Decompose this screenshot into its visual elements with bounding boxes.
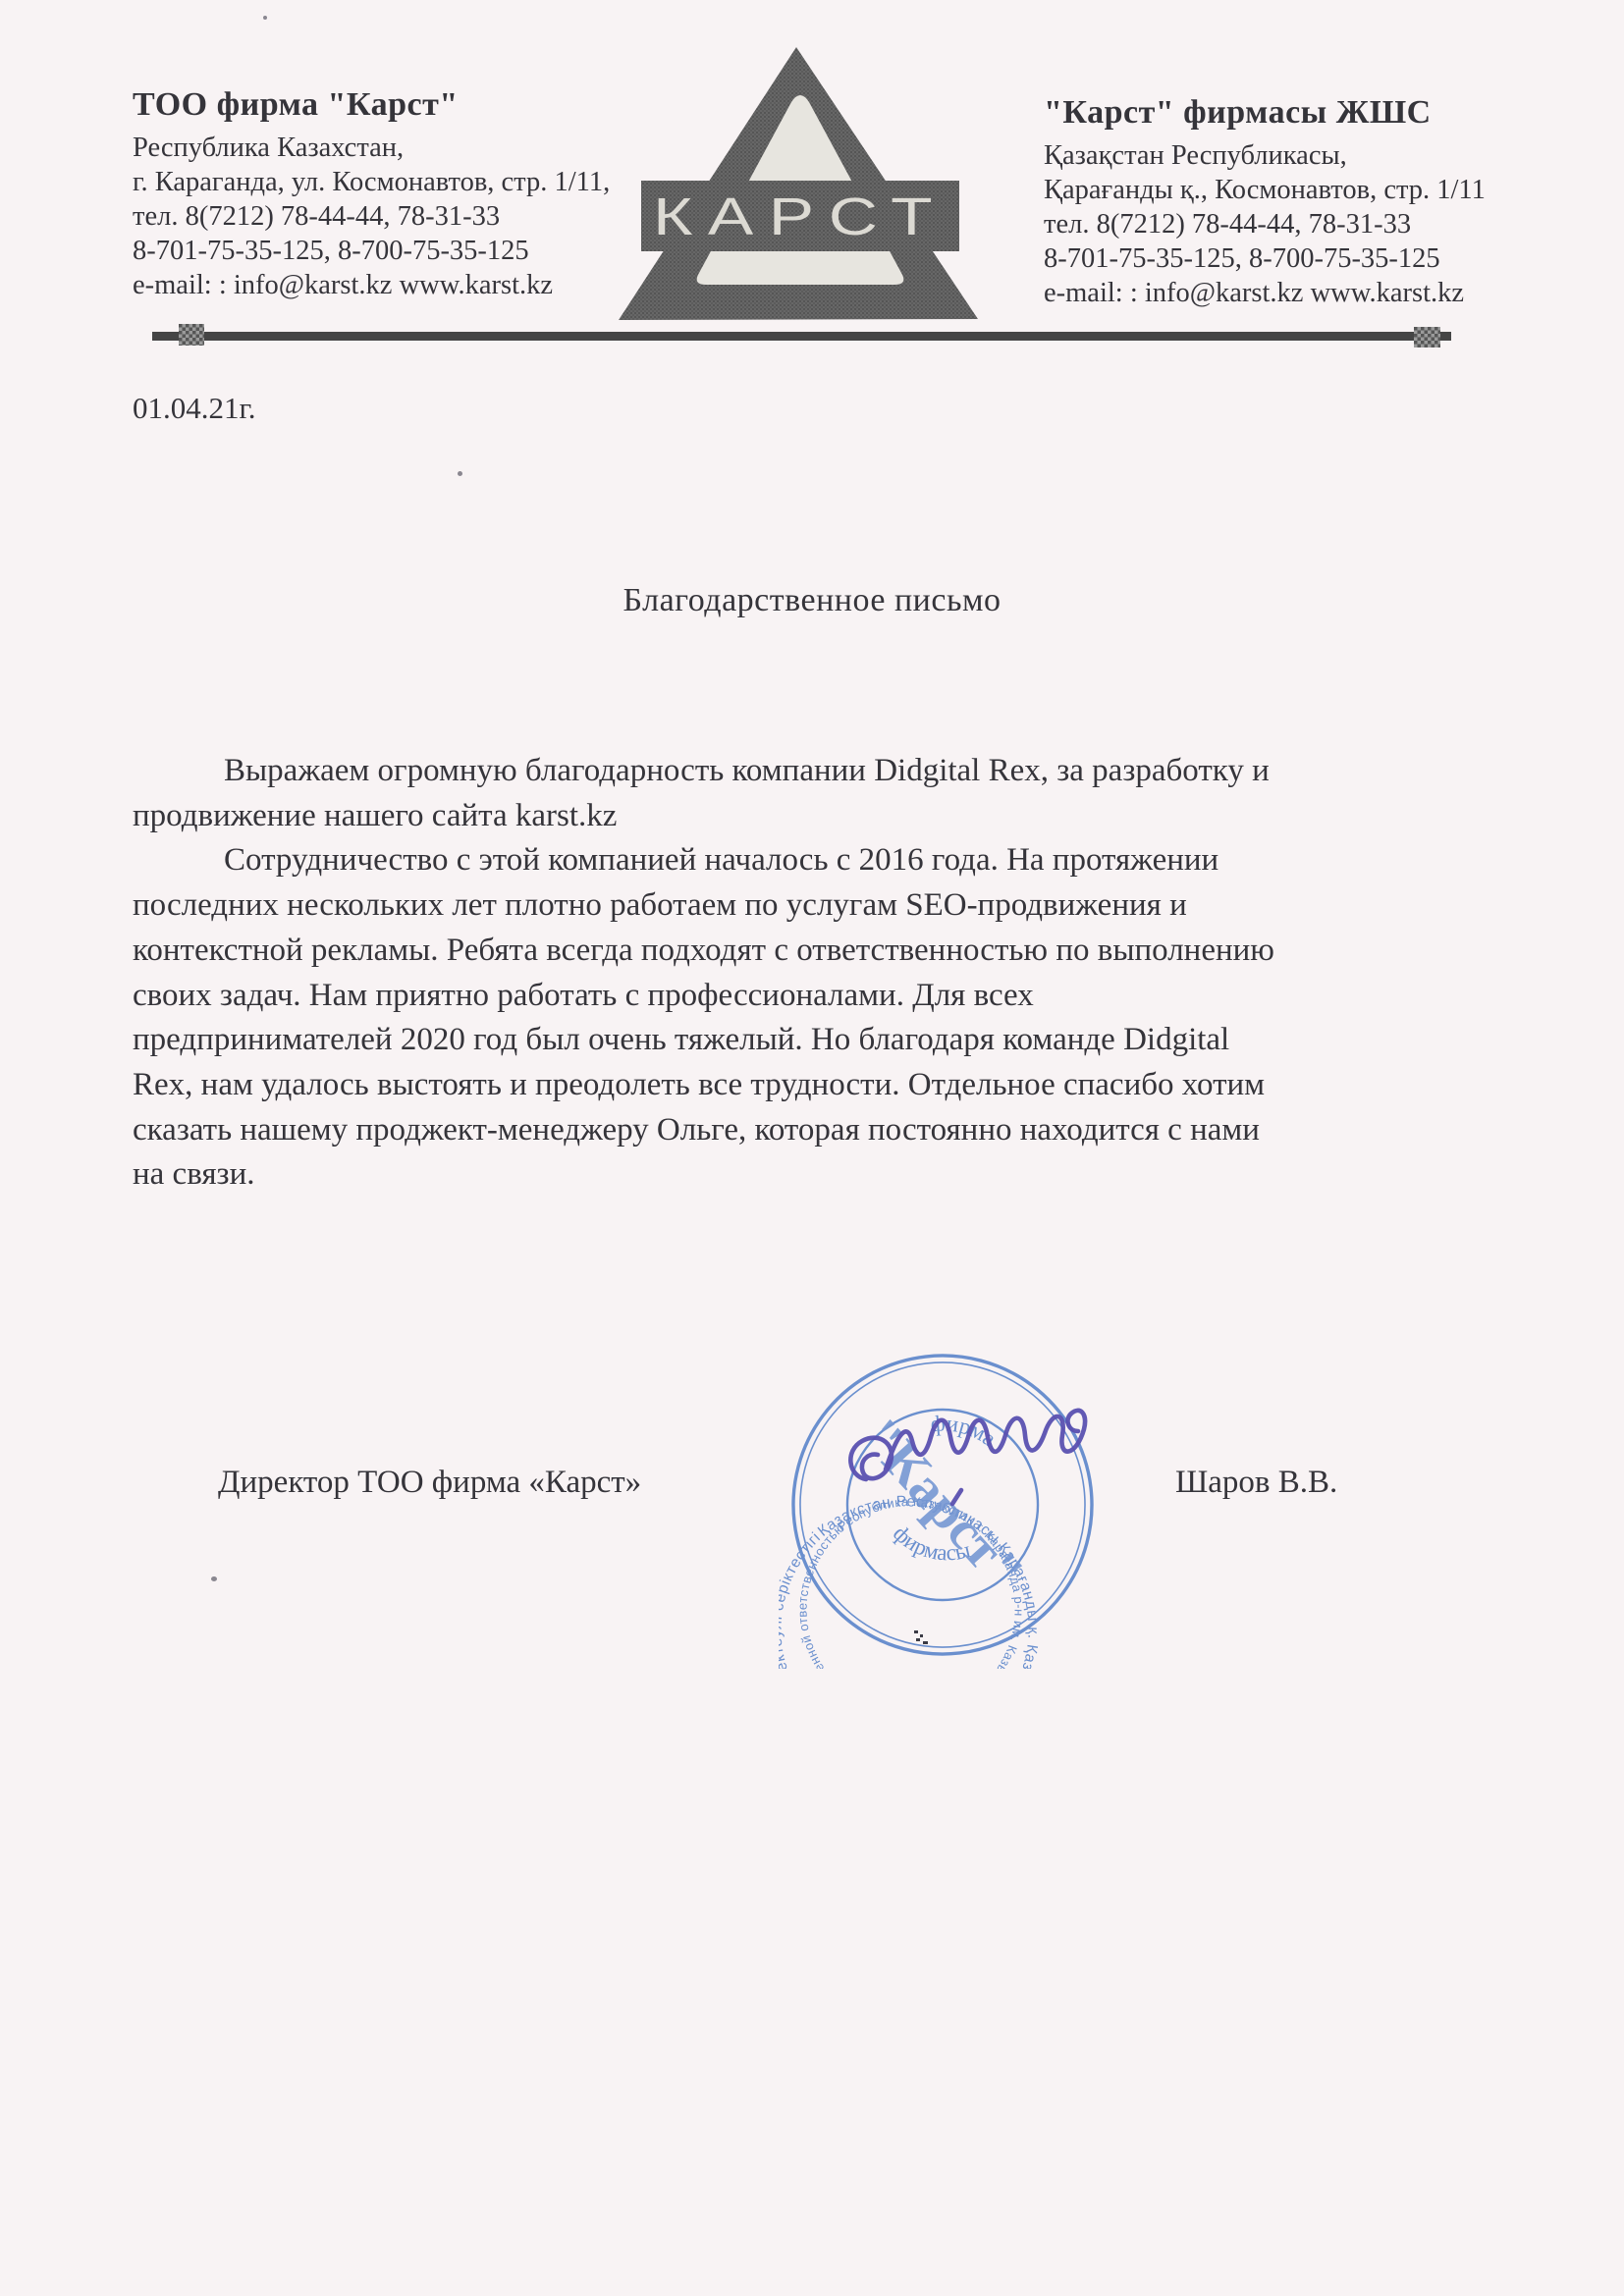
body-line: на связи. — [133, 1152, 1507, 1198]
company-email-kz: e-mail: : info@karst.kz www.karst.kz — [1044, 276, 1486, 310]
karst-logo: КАРСТ — [607, 41, 988, 328]
body-line: своих задач. Нам приятно работать с проф… — [133, 974, 1507, 1019]
divider-right-cap — [1414, 327, 1440, 347]
scanned-letter-page: ТОО фирма "Карст" Республика Казахстан, … — [0, 0, 1624, 2296]
company-phone-ru: тел. 8(7212) 78-44-44, 78-31-33 — [133, 199, 610, 234]
company-address-kz: Қарағанды қ., Космонавтов, стр. 1/11 — [1044, 173, 1486, 207]
company-address-ru: г. Караганда, ул. Космонавтов, стр. 1/11… — [133, 165, 610, 199]
body-line: последних нескольких лет плотно работаем… — [133, 883, 1507, 929]
ink-speck — [911, 1628, 933, 1649]
company-name-ru: ТОО фирма "Карст" — [133, 86, 610, 124]
body-line: продвижение нашего сайта karst.kz — [133, 794, 1507, 839]
letter-date: 01.04.21г. — [133, 391, 255, 426]
director-name: Шаров В.В. — [1175, 1465, 1337, 1501]
company-mobile-ru: 8-701-75-35-125, 8-700-75-35-125 — [133, 234, 610, 268]
body-line: предпринимателей 2020 год был очень тяже… — [133, 1018, 1507, 1063]
divider-left-cap — [179, 324, 204, 346]
company-name-kz: "Карст" фирмасы ЖШС — [1044, 94, 1486, 132]
signature-ink-icon — [837, 1386, 1102, 1543]
body-line: контекстной рекламы. Ребята всегда подхо… — [133, 929, 1507, 974]
header-divider-rule — [152, 332, 1451, 341]
company-country-kz: Қазақстан Республикасы, — [1044, 138, 1486, 173]
logo-text: КАРСТ — [653, 187, 947, 246]
karst-triangle-logo-icon: КАРСТ — [607, 41, 988, 328]
body-line: Сотрудничество с этой компанией началось… — [133, 838, 1507, 883]
company-country-ru: Республика Казахстан, — [133, 131, 610, 165]
company-mobile-kz: 8-701-75-35-125, 8-700-75-35-125 — [1044, 241, 1486, 276]
director-position-label: Директор ТОО фирма «Карст» — [218, 1465, 641, 1501]
company-header-russian: ТОО фирма "Карст" Республика Казахстан, … — [133, 86, 610, 302]
letter-title: Благодарственное письмо — [0, 582, 1624, 619]
body-line: Выражаем огромную благодарность компании… — [133, 749, 1507, 794]
scan-artifact-dot — [263, 16, 267, 20]
company-phone-kz: тел. 8(7212) 78-44-44, 78-31-33 — [1044, 207, 1486, 241]
scan-artifact-dot — [211, 1576, 217, 1581]
company-header-kazakh: "Карст" фирмасы ЖШС Қазақстан Республика… — [1044, 94, 1486, 310]
company-email-ru: e-mail: : info@karst.kz www.karst.kz — [133, 268, 610, 302]
director-signature — [837, 1386, 1102, 1543]
scan-artifact-dot — [458, 471, 462, 476]
body-line: сказать нашему проджект-менеджеру Ольге,… — [133, 1108, 1507, 1153]
body-line: Rex, нам удалось выстоять и преодолеть в… — [133, 1063, 1507, 1108]
letter-body: Выражаем огромную благодарность компании… — [133, 749, 1507, 1198]
